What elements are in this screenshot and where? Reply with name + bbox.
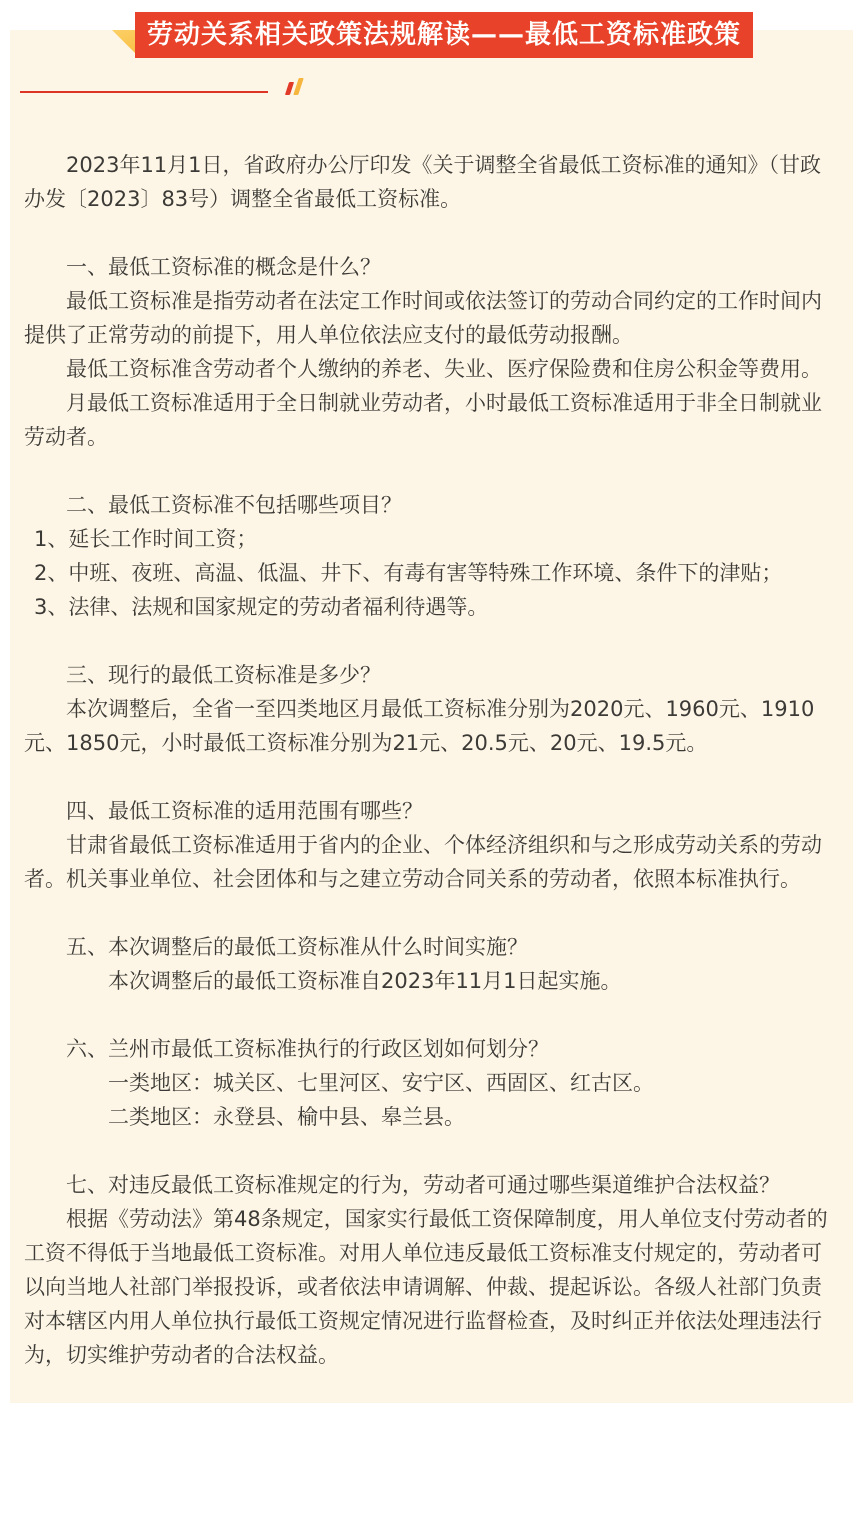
section-1-heading: 一、最低工资标准的概念是什么？ [24, 250, 839, 284]
section-7-paragraph: 根据《劳动法》第48条规定，国家实行最低工资保障制度，用人单位支付劳动者的工资不… [24, 1202, 839, 1372]
section-2-heading: 二、最低工资标准不包括哪些项目？ [24, 488, 839, 522]
section-4: 四、最低工资标准的适用范围有哪些？ 甘肃省最低工资标准适用于省内的企业、个体经济… [24, 794, 839, 896]
section-1-paragraph: 最低工资标准是指劳动者在法定工作时间或依法签订的劳动合同约定的工作时间内提供了正… [24, 284, 839, 352]
section-2-list-item: 1、延长工作时间工资； [24, 522, 839, 556]
page-title: 劳动关系相关政策法规解读——最低工资标准政策 [147, 12, 741, 58]
article-body: 2023年11月1日，省政府办公厅印发《关于调整全省最低工资标准的通知》（甘政办… [24, 148, 839, 1372]
section-4-heading: 四、最低工资标准的适用范围有哪些？ [24, 794, 839, 828]
section-2: 二、最低工资标准不包括哪些项目？ 1、延长工作时间工资； 2、中班、夜班、高温、… [24, 488, 839, 624]
section-2-list-item: 3、法律、法规和国家规定的劳动者福利待遇等。 [24, 590, 839, 624]
section-1-paragraph: 最低工资标准含劳动者个人缴纳的养老、失业、医疗保险费和住房公积金等费用。 [24, 352, 839, 386]
section-5-heading: 五、本次调整后的最低工资标准从什么时间实施？ [24, 930, 839, 964]
section-3-heading: 三、现行的最低工资标准是多少？ [24, 658, 839, 692]
article-panel: 2023年11月1日，省政府办公厅印发《关于调整全省最低工资标准的通知》（甘政办… [10, 30, 853, 1403]
section-2-list-item: 2、中班、夜班、高温、低温、井下、有毒有害等特殊工作环境、条件下的津贴； [24, 556, 839, 590]
section-6-heading: 六、兰州市最低工资标准执行的行政区划如何划分？ [24, 1032, 839, 1066]
section-6: 六、兰州市最低工资标准执行的行政区划如何划分？ 一类地区：城关区、七里河区、安宁… [24, 1032, 839, 1134]
section-6-paragraph: 一类地区：城关区、七里河区、安宁区、西固区、红古区。 [24, 1066, 839, 1100]
section-4-paragraph: 甘肃省最低工资标准适用于省内的企业、个体经济组织和与之形成劳动关系的劳动者。机关… [24, 828, 839, 896]
section-1: 一、最低工资标准的概念是什么？ 最低工资标准是指劳动者在法定工作时间或依法签订的… [24, 250, 839, 454]
section-5-paragraph: 本次调整后的最低工资标准自2023年11月1日起实施。 [24, 964, 839, 998]
section-7-heading: 七、对违反最低工资标准规定的行为，劳动者可通过哪些渠道维护合法权益？ [24, 1168, 839, 1202]
section-6-paragraph: 二类地区：永登县、榆中县、皋兰县。 [24, 1100, 839, 1134]
section-5: 五、本次调整后的最低工资标准从什么时间实施？ 本次调整后的最低工资标准自2023… [24, 930, 839, 998]
section-3: 三、现行的最低工资标准是多少？ 本次调整后，全省一至四类地区月最低工资标准分别为… [24, 658, 839, 760]
title-banner: 劳动关系相关政策法规解读——最低工资标准政策 [135, 12, 753, 58]
section-7: 七、对违反最低工资标准规定的行为，劳动者可通过哪些渠道维护合法权益？ 根据《劳动… [24, 1168, 839, 1372]
section-1-paragraph: 月最低工资标准适用于全日制就业劳动者，小时最低工资标准适用于非全日制就业劳动者。 [24, 386, 839, 454]
decorative-line [20, 91, 268, 93]
yellow-slash-icon [293, 78, 304, 95]
page: 劳动关系相关政策法规解读——最低工资标准政策 2023年11月1日，省政府办公厅… [0, 0, 859, 1520]
section-3-paragraph: 本次调整后，全省一至四类地区月最低工资标准分别为2020元、1960元、1910… [24, 692, 839, 760]
intro-paragraph: 2023年11月1日，省政府办公厅印发《关于调整全省最低工资标准的通知》（甘政办… [24, 148, 839, 216]
